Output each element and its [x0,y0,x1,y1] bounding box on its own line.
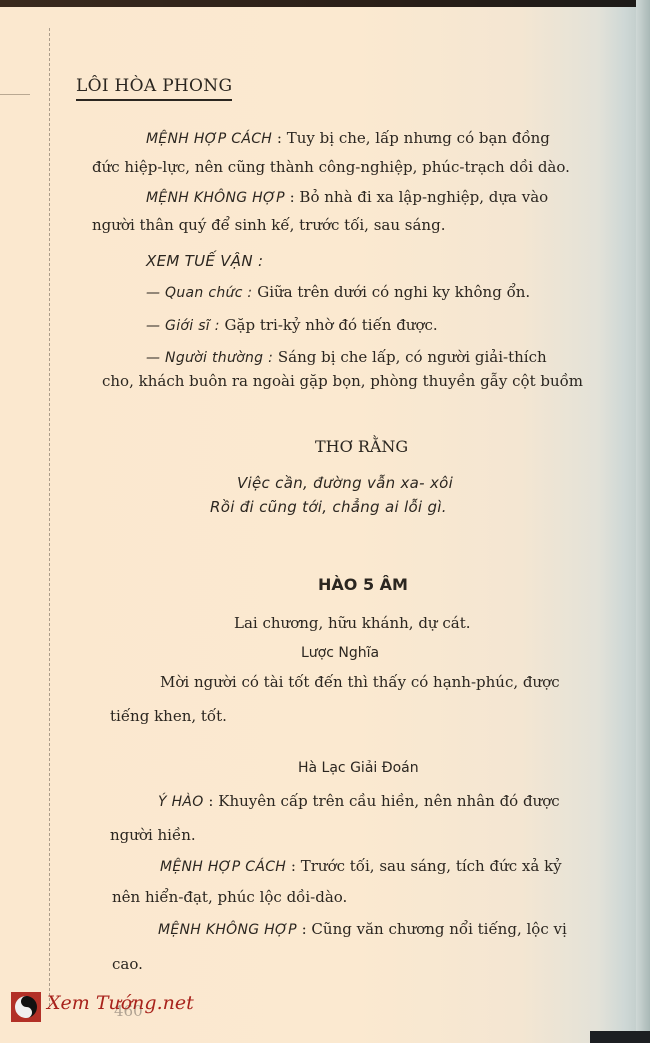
menh-khong-hop-line2: người thân quý để sinh kế, trước tối, sa… [92,216,445,234]
poem-title: THƠ RẰNG [315,437,408,456]
book-spine-edge [636,0,650,1043]
label: MỆNH HỢP CÁCH [146,131,272,147]
luoc-nghia-line1: Mời người có tài tốt đến thì thấy có hạn… [160,673,560,691]
watermark-brand: Xem Tướng.net [47,992,194,1014]
section-title: HÀO 5 ÂM [318,575,408,594]
poem-line: Rồi đi cũng tới, chẳng ai lỗi gì. [210,498,447,516]
margin-rule [49,28,50,1008]
menh-hop-cach-2-line2: nên hiển-đạt, phúc lộc dồi-dào. [112,888,347,906]
xem-tue-van-label: XEM TUẾ VẬN : [146,252,263,270]
ha-lac-title: Hà Lạc Giải Đoán [298,760,419,776]
running-header: LÔI HÒA PHONG [76,76,232,101]
menh-hop-cach-line1: MỆNH HỢP CÁCH : Tuy bị che, lấp nhưng có… [146,129,550,147]
section-subtitle: Lai chương, hữu khánh, dự cát. [234,614,471,632]
tue-van-item: — Quan chức : Giữa trên dưới có nghi ky … [146,283,530,301]
yin-yang-icon [11,992,41,1022]
tue-van-item: — Giới sĩ : Gặp tri-kỷ nhờ đó tiến được. [146,316,438,334]
menh-khong-hop-2-line2: cao. [112,955,143,973]
scan-bottom-edge [590,1031,650,1043]
menh-hop-cach-2-line1: MỆNH HỢP CÁCH : Trước tối, sau sáng, tíc… [160,857,562,875]
scan-top-edge [0,0,650,7]
menh-khong-hop-line1: MỆNH KHÔNG HỢP : Bỏ nhà đi xa lập-nghiệp… [146,188,548,206]
tue-van-item: — Người thường : Sáng bị che lấp, có ngư… [146,348,547,366]
poem-line: Việc cần, đường vẫn xa- xôi [237,474,453,492]
tue-van-item-cont: cho, khách buôn ra ngoài gặp bọn, phòng … [102,372,583,390]
y-hao-line1: Ý HÀO : Khuyên cấp trên cầu hiền, nên nh… [158,792,560,810]
menh-khong-hop-2-line1: MỆNH KHÔNG HỢP : Cũng văn chương nổi tiế… [158,920,567,938]
luoc-nghia-line2: tiếng khen, tốt. [110,707,227,725]
menh-hop-cach-line2: đức hiệp-lực, nên cũng thành công-nghiệp… [92,158,570,176]
margin-stub [0,94,30,95]
y-hao-line2: người hiền. [110,826,196,844]
label: MỆNH KHÔNG HỢP [146,190,285,206]
luoc-nghia-title: Lược Nghĩa [301,645,379,661]
